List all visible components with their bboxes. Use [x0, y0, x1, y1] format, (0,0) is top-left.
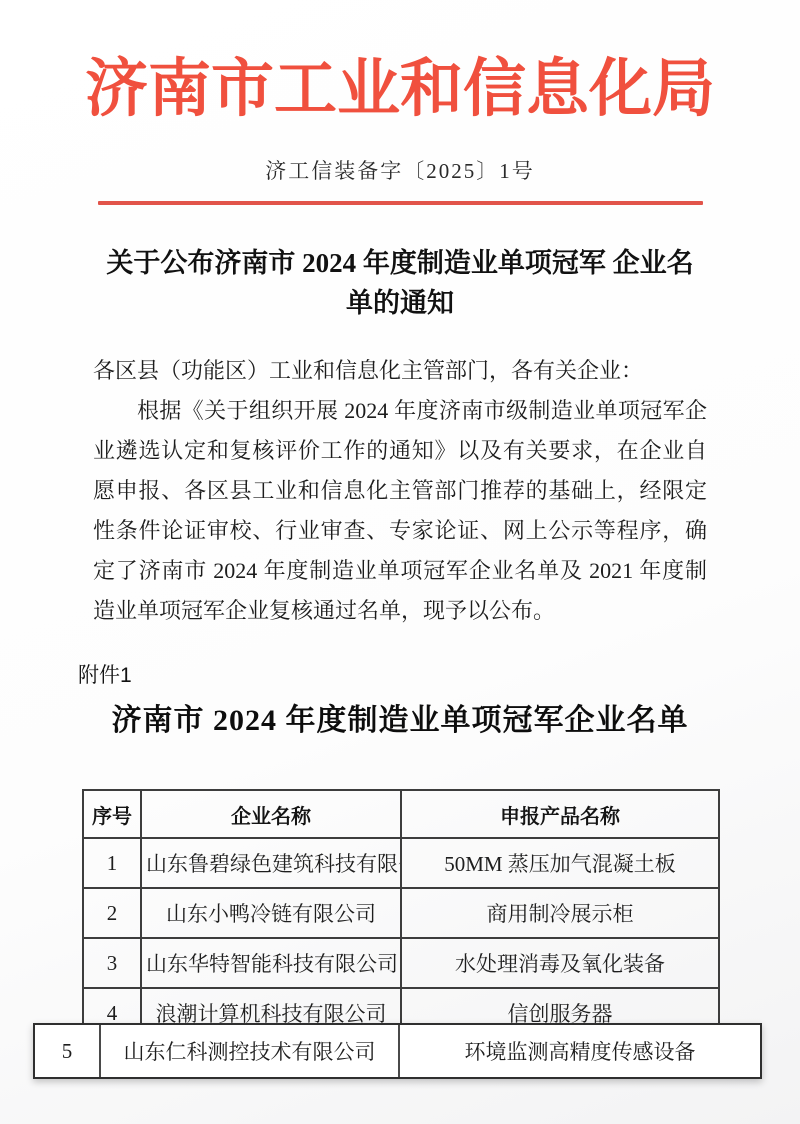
notice-body: 各区县（功能区）工业和信息化主管部门，各有关企业： 根据《关于组织开展 2024…: [93, 351, 707, 631]
row-product: 环境监测高精度传感设备: [400, 1025, 760, 1077]
champion-companies-table: 序号 企业名称 申报产品名称 1 山东鲁碧绿色建筑科技有限公司 50MM 蒸压加…: [82, 789, 720, 1039]
row-company: 山东小鸭冷链有限公司: [141, 888, 401, 938]
header-product: 申报产品名称: [401, 790, 719, 838]
row-company: 山东仁科测控技术有限公司: [101, 1025, 400, 1077]
attachment-list-title: 济南市 2024 年度制造业单项冠军企业名单: [0, 699, 800, 743]
attachment-label: 附件1: [78, 659, 800, 689]
row-company: 山东华特智能科技有限公司: [141, 938, 401, 988]
row-product: 商用制冷展示柜: [401, 888, 719, 938]
notice-title: 关于公布济南市 2024 年度制造业单项冠军 企业名单的通知: [100, 243, 700, 323]
document-reference-number: 济工信装备字〔2025〕1号: [0, 155, 800, 185]
table-row: 3 山东华特智能科技有限公司 水处理消毒及氧化装备: [83, 938, 719, 988]
highlighted-table-row-5: 5 山东仁科测控技术有限公司 环境监测高精度传感设备: [33, 1023, 762, 1079]
row-seq: 5: [35, 1025, 101, 1077]
row-product: 50MM 蒸压加气混凝土板: [401, 838, 719, 888]
row-seq: 2: [83, 888, 141, 938]
body-paragraph: 根据《关于组织开展 2024 年度济南市级制造业单项冠军企业遴选认定和复核评价工…: [93, 391, 707, 631]
row-seq: 1: [83, 838, 141, 888]
document-page: 济南市工业和信息化局 济工信装备字〔2025〕1号 关于公布济南市 2024 年…: [0, 0, 800, 1124]
table-row: 2 山东小鸭冷链有限公司 商用制冷展示柜: [83, 888, 719, 938]
table-row: 1 山东鲁碧绿色建筑科技有限公司 50MM 蒸压加气混凝土板: [83, 838, 719, 888]
row-product: 水处理消毒及氧化装备: [401, 938, 719, 988]
row-company: 山东鲁碧绿色建筑科技有限公司: [141, 838, 401, 888]
header-company: 企业名称: [141, 790, 401, 838]
table-header-row: 序号 企业名称 申报产品名称: [83, 790, 719, 838]
salutation-line: 各区县（功能区）工业和信息化主管部门，各有关企业：: [93, 351, 707, 391]
row-seq: 3: [83, 938, 141, 988]
letterhead-red-rule: [98, 201, 703, 205]
agency-letterhead-title: 济南市工业和信息化局: [0, 0, 800, 135]
header-seq: 序号: [83, 790, 141, 838]
